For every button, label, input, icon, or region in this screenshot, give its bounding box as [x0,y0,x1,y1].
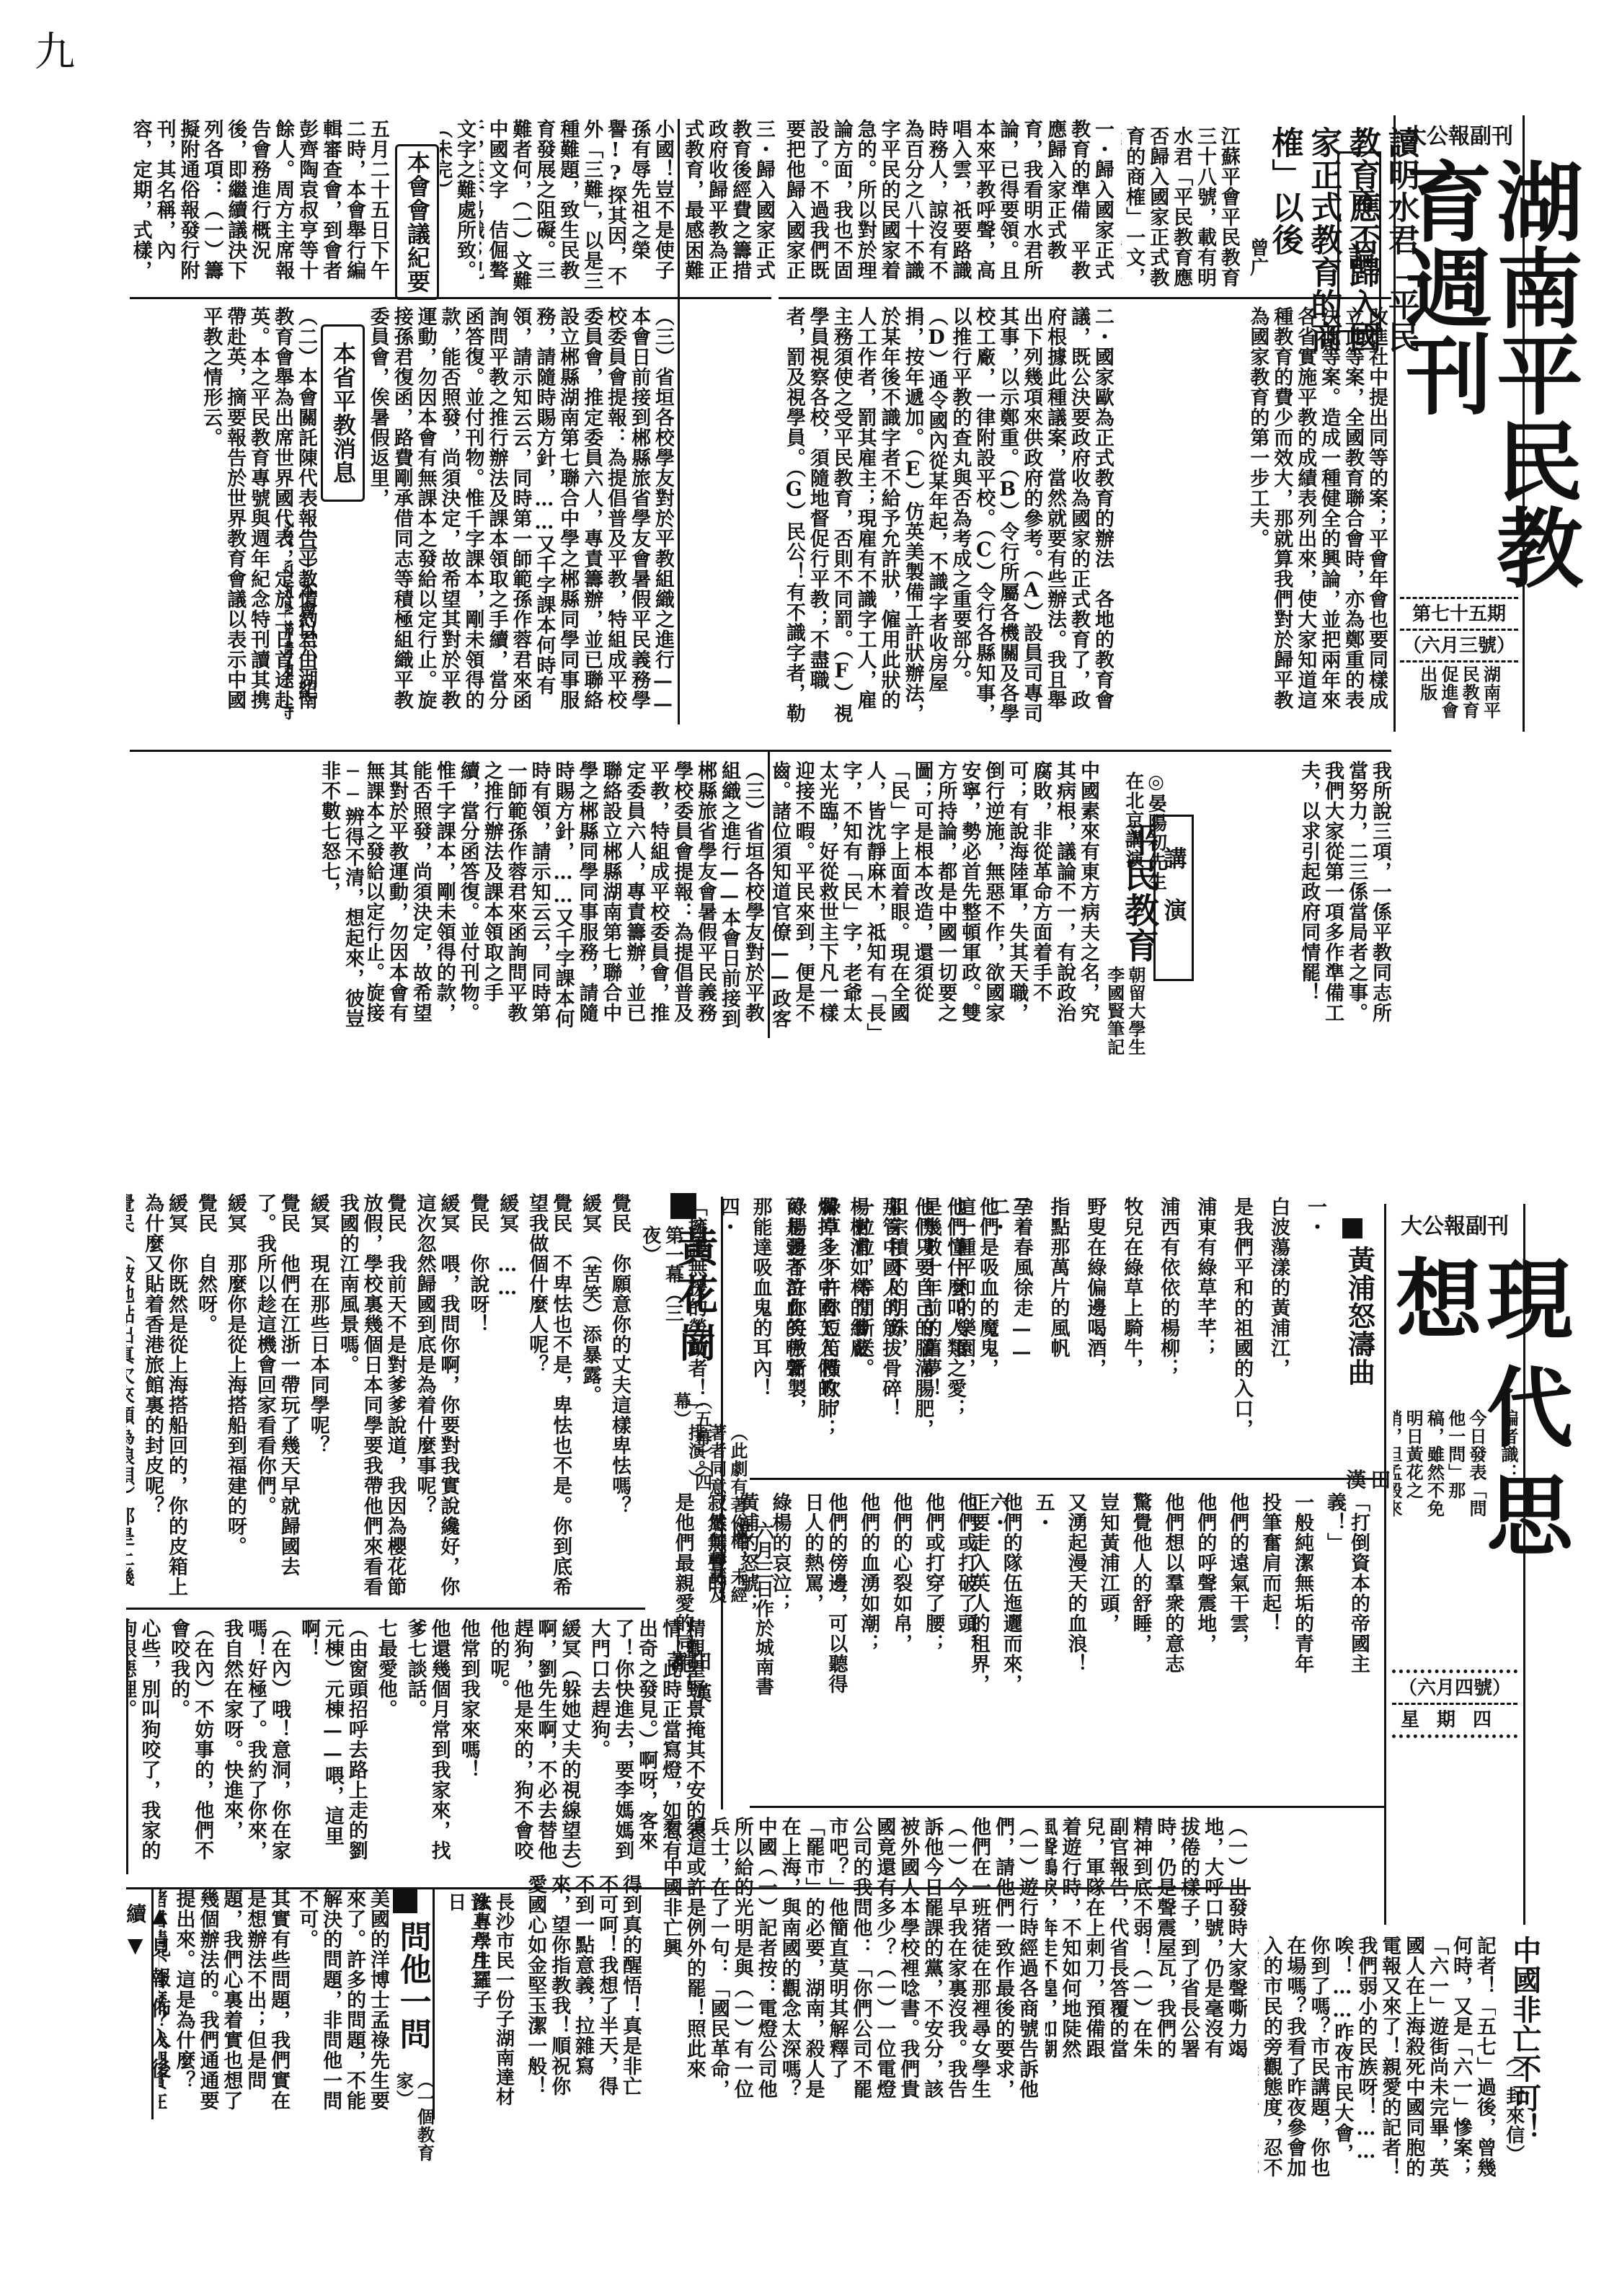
provincial-news-section-label: 本省平教消息 [321,324,365,502]
dialogue-line: 覺民 （被她點出真欠來頗為狼狽）那是上幾個月到廣州去經過香港時的封皮呢？ [126,1193,134,1597]
editorial-paragraph: 改進社中提出同等的案；平會年會也要同樣成立此等案，全國教育聯合會時，亦為鄭重的表… [1121,306,1388,724]
dialogue-line: 他常到我家來嗎！ [456,1618,480,1874]
editorial-paragraph: 二・國家歐為正式教育的辦法 各地的教育會議，既公決要政府收為國家的正式教育了，政… [782,306,1114,724]
masthead-issue: 第七十五期 [1396,599,1523,626]
article-tail: 文字之難處所致。（未完） [440,119,476,292]
poem-line: 他們想以羣衆的意志 [1160,1492,1184,1708]
dialogue-line: 覺民 你說呀！ [465,1193,489,1597]
poem-upper: 一・ 白波蕩漾的黃浦江， 是我們平和的祖國的入口， 浦東有綠草芊芊； 浦西有依依… [1009,1197,1326,1471]
poem-stanza-6: 六・ 他們或打破了頭， 他們或打穿了腰； 他們的心裂如帛， 他們的血湧如潮； 他… [757,1492,1009,1708]
letter-paragraph: （一）遊行時經過各商號告訴他們，請他們一致作最後的要求，他們在一班猪徒在那裡尋女… [649,1817,1038,2105]
lecture-paragraph: 中國素來有東方病夫之名，究其病根，議論不一，有說政治腐敗，非從革命方面着手不可；… [771,761,1099,1034]
poem-line: 他們的遠氣干雲， [1225,1492,1249,1708]
poem-title: 黃浦怒濤曲 [1342,1246,1375,1448]
masthead-title: 湖南平民教育週刊 [1396,157,1577,590]
poem-line: 牧兒在綠草上騎牛， [1119,1197,1143,1471]
question-paragraph: 其實有些問題，我們實在是想辦法不出；但是問題，我們心裏着實也想了幾個辦法的。我們… [172,1889,291,2127]
dialogue-line: 覺民 你願意你的丈夫這樣卑怯嗎？ [607,1193,631,1597]
letter-paragraph: （一）出發時大家聲嘶力竭地，大呼口號，仍是毫沒有拔倦的樣子，到了省長公署時，仍是… [1045,1817,1247,2062]
continued-marker: ▲見報佈入後續▼ [123,1903,172,2112]
article-fragment: 小國！豈不是使子孫有辱先祖之榮譽!?探其因，不外「三難」，以是三種難題，致生民教… [479,119,674,292]
question-paragraph: 美國的洋博士孟祿先生要來了。許多的問題，不能解決的問題，非問他一問不可。 [294,1889,389,2127]
poem-line: 那能達吸血鬼的耳內！ [748,1197,772,1471]
editorial-author: 曾广 [1246,238,1269,296]
question-subtitle: （一個教育家） [393,2072,435,2166]
dialogue-line: 七最愛他。 [373,1618,397,1874]
play-dialogue-lower: 精觀望野景掩其不安的表情，此時正當寫燈，如忽有出奇之發見。）啊呀，客來了！你快進… [126,1618,705,1874]
dialogue-line: 緩冥 那麼你是從上海搭船到福建的呀。 [223,1193,247,1597]
poem-line: 那管中國人的筋拔骨碎！ [877,1197,901,1471]
dialogue-line: 緩冥 （苦笑）添暴露。 [577,1193,601,1597]
poem-line: 可是弱者泣血的呼聲， [781,1197,805,1471]
poem-line: 「打倒資本的帝國主義！」 [1322,1492,1370,1708]
masthead-publisher-line: 大公報副刊 [1386,1208,1523,1240]
poem-stanza-3: 三・ 他們是吸血的魔鬼， 他們懂什麼叫人類之愛； 他們只要自己的腦滿腸肥， 那管… [743,1197,1031,1471]
question-title: 問他一問 [393,1920,432,2065]
dialogue-line: 覺民 我前天不是對爹爹說道，我因為櫻花節放假，學校裏幾個日本同學要我帶他們來看看… [335,1193,407,1597]
stanza-number: 六・ [985,1492,1009,1708]
editorial-paragraph: 一・歸入國家正式教育的準備 平教應歸入家正式教育，我看明水君所論，已得要領。且本… [782,119,1114,292]
editorial-paragraph: 江蘇平會平民教育三十八號，載有明水君「平民教育應否歸入國家正式教育的商榷」一文，… [1121,126,1240,292]
masthead-publisher: 湖南平民教育促進會出版 [1417,665,1501,723]
poem-line: 楊樹浦如林的紗廠 [845,1197,869,1471]
dialogue-line: 覺民 不卑怯也不是，卑怯也不是。你到底希望我做個什麼人呢？ [524,1193,572,1597]
play-scene: 第一幕（三夜） [638,1225,683,1334]
masthead-bottom: 大公報副刊 現代思想 （六月四號） 星期四 編者識： 今日發表「問他一問」那稿，… [1384,1204,1525,1925]
masthead-weekday: 星期四 [1386,1705,1523,1732]
letter-closing: 得到真的醒悟！真是非亡不可呵！我想了半天，得不到一點意義，拉雜寫來，望你指教我！… [497,1874,642,2105]
dialogue-line: （由窗頭招呼去路上走的劉元棟）元棟——喂，這里啊！ [296,1618,368,1874]
section-marker-icon [670,1193,696,1219]
dialogue-line: 覺民 他們在江浙一帶玩了幾天早就歸國去了。我所以趁這機會回家看看你們。 [252,1193,300,1597]
dialogue-line: （在內）不妨事的，他們不會咬我的。 [166,1618,213,1874]
poem-line: 是我們平和的祖國的入口， [1229,1197,1253,1471]
poem-line: 他們的血湧如潮； [856,1492,879,1708]
masthead-date: （六月四號） [1386,1673,1523,1700]
poem-line: 浦西有依依的楊柳； [1156,1197,1179,1471]
article-fragment: ──辨得不清，想起來，彼豈非不數七怒七， [133,761,364,1034]
dialogue-line: 緩冥 現在那些日本同學呢？ [306,1193,329,1597]
meeting-notes-paragraph: 五月二十五日下午二時，本會舉行編輯審查會，到會者彭齊陶袁叔亨等十餘人。周方主席報… [133,119,389,292]
play-note: （此劇有著作權，未經著者同意，嚴禁轉載及排演。） [705,1424,748,1604]
poem-line: 他們的心裂如帛， [888,1492,912,1708]
stanza-number: 五・ [1031,1492,1055,1708]
letter-subtitle: （一封來信） [1502,2047,1525,2170]
provincial-news-paragraph: （一）本會以六一紀念，函商學聯精神。特撰六一紀念歌，印發數千以資宣傳。 [285,519,317,721]
editorial-paragraph: 我所說三項，一係平教同志所當努力，二三係當局者之事。我們大家從第一項多作準備工夫… [1204,761,1391,1034]
editorial-paragraph: 三・歸入國家正式教育後經費之籌措 政府收歸平教為正式教育，最感困難的，必係經問題… [681,119,775,292]
dialogue-line: 心些，別叫狗咬了，我家的狗很惡哩。 [126,1618,160,1874]
section-marker-icon [1342,1218,1362,1238]
provincial-news-paragraph: （三）省垣各校學友對於平教組織之進行——本會日前接到郴縣旅省學友會暑假平民義務學… [364,306,674,724]
question-body: 美國的洋博士孟祿先生要來了。許多的問題，不能解決的問題，非問他一問不可。 其實有… [159,1889,389,2127]
lecture-recorder: 朝留大學生李國賢筆記 [1103,966,1146,1060]
poem-line: 指點那萬片的風帆 [1046,1197,1070,1471]
poem-line: 一般純潔無垢的青年 [1290,1492,1313,1708]
question-header: 問他一問 （一個教育家） [393,1889,429,2166]
poem-line: 投筆奮肩而起！ [1257,1492,1281,1708]
poem-line: 他們的傍邊，可以聽得日人的熱罵， [799,1492,847,1708]
poem-line: 他們的呼聲震地， [1192,1492,1216,1708]
poem-line: 他們或打穿了腰； [921,1492,944,1708]
poem-line: 他們是吸血的魔鬼， [975,1197,998,1471]
play-dialogue-upper: 覺民 你願意你的丈夫這樣卑怯嗎？ 緩冥 （苦笑）添暴露。 覺民 不卑怯也不是，卑… [126,1193,631,1597]
poem-line: 驚覺他人的舒睡， [1128,1492,1152,1708]
poem-line: 他們或打破了頭， [953,1492,977,1708]
poem-line: 白波蕩漾的黃浦江， [1266,1197,1290,1471]
section-marker-icon [393,1889,417,1913]
dialogue-line: 緩冥（躲她丈夫的視線望去）啊，劉先生啊，不必去替他趕狗，他是來的，狗不會咬他的呢… [486,1618,581,1874]
poem-line: 豈知黃浦江頭， [1096,1492,1120,1708]
poem-line: 爛掉多少中國工人們的肺； [812,1197,836,1471]
poem-line: 他們只要自己的腦滿腸肥， [910,1197,934,1471]
dialogue-line: 覺民 自然呀。 [193,1193,217,1597]
meeting-notes-section-label: 本會會議紀要 [395,144,439,300]
dialogue-line: 緩冥 你既然是從上海搭船回的，你的皮箱上為什麼又貼着香港旅館裏的封皮呢？ [140,1193,187,1597]
poem-line: 他們懂什麼叫人類之愛； [942,1197,966,1471]
poem-line: 野叟在綠偏邊喝酒， [1082,1197,1106,1471]
poem-line: 浦東有綠草芊芊； [1192,1197,1216,1471]
lecture-headline: 平民教育 [1117,822,1160,966]
stanza-number: 三・ [1007,1197,1031,1471]
editor-note: 今日發表「問他一問」那稿，雖然不免明日黃花之誚，但孟穀來一次長沙，怎能不留個紀念… [1393,1409,1487,1525]
stanza-number: 一・ [1303,1197,1326,1456]
letter-date: 豫上六月三日 [443,1892,489,2000]
dialogue-line: 緩冥 …… [495,1193,518,1597]
dialogue-line: 緩冥 喂，我問你啊，你要對我實說纔好，你這次忽然歸國到底是為着什麼事呢？ [412,1193,460,1597]
poem-line: 又湧起漫天的血浪！ [1063,1492,1087,1708]
page-number-mark: 九 [35,20,75,78]
poem-header: 黃浦怒濤曲 田漢 [1342,1218,1375,1527]
masthead-date: （六月三號） [1396,631,1523,657]
provincial-news-paragraph: （三）省垣各校學友對於平教組織之進行——本會日前接到郴縣旅省學友會暑假平民義務學… [368,761,764,1034]
dialogue-line: （在內）哦！意洞，你在家嗎！好極了。我約了你來，我自然在家呀。快進來， [219,1618,291,1874]
editor-note-label: 編者識： [1498,1409,1519,1517]
poem-stanza-lower: 「打倒資本的帝國主義！」 一般純潔無垢的青年 投筆奮肩而起！ 他們的遠氣干雲， … [1009,1492,1370,1708]
dialogue-line: 他還幾個月常到我家來，找爹七談話。 [403,1618,451,1874]
letter-paragraph: 記者！「五七」過後，曾幾何時，又是「六一」慘案；「六一」遊街尚未完畢，英國人在上… [1258,1936,1496,2181]
